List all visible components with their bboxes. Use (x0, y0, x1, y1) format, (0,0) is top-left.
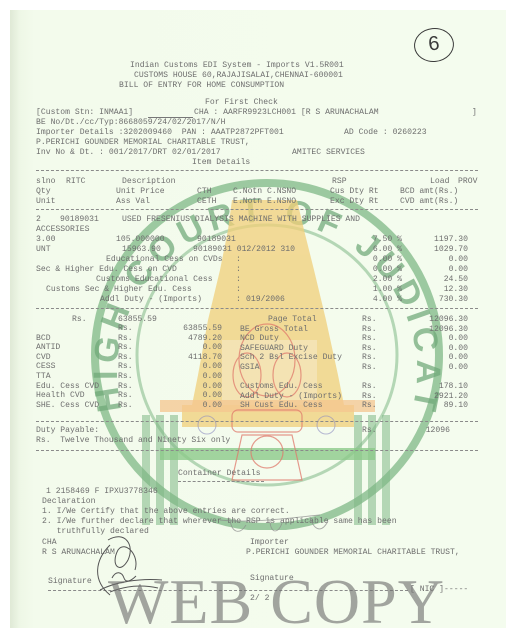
invoice-line: Inv No & Dt. : 001/2017/DRT 02/01/2017 (36, 148, 221, 158)
divider (178, 481, 264, 482)
col-header-e-notn: E.Notn E.NSNO (233, 197, 296, 207)
col-header-bcd-amt: BCD amt(Rs.) (400, 187, 458, 197)
divider (36, 421, 478, 422)
importer-details: Importer Details :3202009460 PAN : AAATP… (36, 128, 284, 138)
document-title: BILL OF ENTRY FOR HOME CONSUMPTION (119, 81, 284, 91)
cess-amount: 12.30 (410, 285, 468, 295)
col-header-prov: PROV (458, 177, 477, 187)
totals-right-label: BE Gross Total (240, 325, 308, 335)
totals-right-value: 0.00 (410, 334, 468, 344)
duty-payable-currency: Rs. (362, 426, 377, 436)
item-cus-dty-rt: 7.50 % (362, 235, 402, 245)
item-bcd-amt: 1197.30 (410, 235, 468, 245)
col-header-description: Description (122, 177, 175, 187)
totals-right-currency: Rs. (362, 382, 377, 392)
totals-right-currency: Rs. (362, 401, 377, 411)
customs-house: CUSTOMS HOUSE 60,RAJAJISALAI,CHENNAI-600… (134, 71, 343, 81)
col-header-exc-dty-rt: Exc Dty Rt (330, 197, 379, 207)
totals-right-value: 0.00 (410, 344, 468, 354)
cess-sep: : (236, 295, 241, 305)
cess-rate: 2.00 % (362, 275, 402, 285)
importer-label: Importer (250, 538, 289, 548)
cha-signature-label: Signature (48, 577, 92, 587)
totals-left-label: CVD (36, 353, 51, 363)
be-number-line: BE No/Dt./cc/Typ:8668059/24/02/2017/N/H (36, 118, 225, 128)
totals-right-currency: Rs. (362, 334, 377, 344)
importer-signatory-name: P.PERICHI GOUNDER MEMORIAL CHARITABLE TR… (246, 548, 460, 558)
col-header-unit-price: Unit Price (116, 187, 165, 197)
container-entry: 1 2158469 F IPXU3778346 (46, 487, 158, 497)
item-details-title: Item Details (192, 158, 250, 168)
cess-label: Addl Duty - (Imports) (100, 295, 202, 305)
item-slno: 2 (36, 215, 41, 225)
col-header-cvd-amt: CVD amt(Rs.) (400, 197, 458, 207)
totals-right-label: SAFEGUARD Duty (240, 344, 308, 354)
cess-label: Customs Sec & Higher Edu. Cess (46, 285, 192, 295)
totals-right-value: 89.10 (410, 401, 468, 411)
divider (36, 308, 478, 309)
item-exc-dty-rt: 6.00 % (362, 245, 402, 255)
item-ceth-notn: 90189031 012/2012 310 (193, 245, 295, 255)
col-header-ritc: RITC (66, 177, 85, 187)
divider (36, 450, 478, 451)
col-header-load: Load (430, 177, 449, 187)
check-type: For First Check (205, 98, 278, 108)
cha-name: R S ARUNACHALAM (42, 548, 115, 558)
cess-sep: : (236, 255, 241, 265)
totals-left-currency: Rs. (118, 391, 133, 401)
totals-left-label: CESS (36, 362, 55, 372)
totals-left-label: SHE. Cess CVD (36, 401, 99, 411)
totals-left-currency: Rs. (118, 353, 133, 363)
totals-right-label: Customs Edu. Cess (240, 382, 323, 392)
handwritten-page-mark: 6 (412, 26, 455, 64)
totals-left-label: BCD (36, 334, 51, 344)
cess-sep: : (236, 275, 241, 285)
cess-label: Educational Cess on CVDs (106, 255, 223, 265)
totals-right-label: Sch 2 Bsl Excise Duty (240, 353, 342, 363)
cess-rate: 1.00 % (362, 285, 402, 295)
totals-left-currency: Rs. (118, 343, 133, 353)
custom-station: [Custom Stn: INMAA1] (36, 108, 133, 118)
totals-right-value: 0.00 (410, 363, 468, 373)
cess-notn: 019/2006 (246, 295, 285, 305)
totals-left-currency: Rs. (118, 362, 133, 372)
totals-right-value: 12096.30 (410, 315, 468, 325)
system-line: Indian Customs EDI System - Imports V1.5… (130, 61, 344, 71)
container-details-title: Container Details (178, 469, 261, 479)
cha-line: CHA : AARFR9923LCH001 [R S ARUNACHALAM (194, 108, 379, 118)
totals-left-label: Health CVD (36, 391, 85, 401)
web-copy-watermark: WEB COPY (108, 570, 445, 628)
totals-right-label: Page Total (268, 315, 317, 325)
item-qty: 3.00 (36, 235, 55, 245)
declaration-title: Declaration (42, 497, 95, 507)
totals-left-label: TTA (36, 372, 51, 382)
col-header-ceth: CETH (197, 197, 216, 207)
cess-amount: 730.30 (410, 295, 468, 305)
totals-right-value: 0.00 (410, 353, 468, 363)
cess-sep: : (236, 285, 241, 295)
divider (36, 209, 478, 210)
totals-left-currency: Rs. (118, 372, 133, 382)
col-header-ass-val: Ass Val (116, 197, 150, 207)
totals-right-currency: Rs. (362, 325, 377, 335)
cha-close-bracket: ] (472, 108, 477, 118)
cess-amount: 0.00 (410, 265, 468, 275)
declaration-line-2: 2. I/We further declare that wherever th… (42, 517, 397, 527)
cess-rate: 4.00 % (362, 295, 402, 305)
totals-left-value: 4118.70 (160, 353, 222, 363)
totals-right-value: 2921.20 (410, 392, 468, 402)
duty-payable-label: Duty Payable: (36, 426, 99, 436)
cess-sep: : (236, 265, 241, 275)
cess-amount: 0.00 (410, 255, 468, 265)
cha-label: CHA (42, 538, 57, 548)
totals-left-value: 0.00 (160, 382, 222, 392)
item-unit: UNT (36, 245, 51, 255)
col-header-unit: Unit (36, 197, 55, 207)
cess-amount: 24.50 (410, 275, 468, 285)
totals-left-label: Edu. Cess CVD (36, 382, 99, 392)
totals-left-value: 0.00 (160, 372, 222, 382)
totals-right-label: GSIA (240, 363, 259, 373)
cess-label: Sec & Higher Edu. Cess on CVD (36, 265, 177, 275)
item-cth: 90189031 (197, 235, 236, 245)
bill-of-entry-document: HIGH COURT OF JUDICATURE MADRAS 6 (10, 10, 506, 628)
totals-left-value: 4789.20 (160, 334, 222, 344)
item-description: USED FRESENIUS DIALYSIS MACHINE WITH SUP… (122, 215, 360, 225)
totals-right-currency: Rs. (362, 363, 377, 373)
duty-payable-value: 12096 (410, 426, 450, 436)
totals-left-value: 63855.59 (160, 324, 222, 334)
declaration-line-1: 1. I/We Certify that the above entries a… (42, 507, 290, 517)
col-header-cth: CTH (197, 187, 212, 197)
cess-rate: 0.00 % (362, 265, 402, 275)
totals-right-currency: Rs. (362, 392, 377, 402)
col-header-slno: slno (36, 177, 55, 187)
cess-rate: 0.00 % (362, 255, 402, 265)
totals-right-label: NCD Duty (240, 334, 279, 344)
totals-left-value: 0.00 (160, 401, 222, 411)
totals-left-currency: Rs. (118, 401, 133, 411)
item-description-cont: ACCESSORIES (36, 225, 89, 235)
totals-left-currency: Rs. (118, 382, 133, 392)
amount-in-words: Rs. Twelve Thousand and Ninety Six only (36, 436, 230, 446)
totals-right-label: Addl Duty - (Imports) (240, 392, 342, 402)
totals-left-currency: Rs. (118, 324, 133, 334)
totals-left-label: ANTID (36, 343, 60, 353)
divider (36, 170, 478, 171)
totals-left-value: 0.00 (160, 343, 222, 353)
totals-right-value: 178.10 (410, 382, 468, 392)
col-header-qty: Qty (36, 187, 51, 197)
cess-label: Customs Educational Cess (96, 275, 213, 285)
totals-right-currency: Rs. (362, 344, 377, 354)
item-cvd-amt: 1029.70 (410, 245, 468, 255)
col-header-c-notn: C.Notn C.NSNO (233, 187, 296, 197)
item-ritc: 90189031 (60, 215, 99, 225)
ass-val-total-currency: Rs. (72, 315, 87, 325)
totals-left-value: 0.00 (160, 391, 222, 401)
importer-name: P.PERICHI GOUNDER MEMORIAL CHARITABLE TR… (36, 138, 250, 148)
totals-right-currency: Rs. (362, 315, 377, 325)
item-ass-val: 15963.90 (122, 245, 161, 255)
totals-right-label: SH Cust Edu. Cess (240, 401, 323, 411)
col-header-cus-dty-rt: Cus Dty Rt (330, 187, 379, 197)
supplier-name: AMITEC SERVICES (292, 148, 365, 158)
ad-code: AD Code : 0260223 (344, 128, 427, 138)
col-header-rsp: RSP (332, 177, 347, 187)
totals-left-value: 0.00 (160, 362, 222, 372)
declaration-line-3: truthfully declared (42, 527, 149, 537)
totals-left-currency: Rs. (118, 334, 133, 344)
item-unit-price: 105.000000 (116, 235, 165, 245)
totals-right-currency: Rs. (362, 353, 377, 363)
totals-right-value: 12096.30 (410, 325, 468, 335)
